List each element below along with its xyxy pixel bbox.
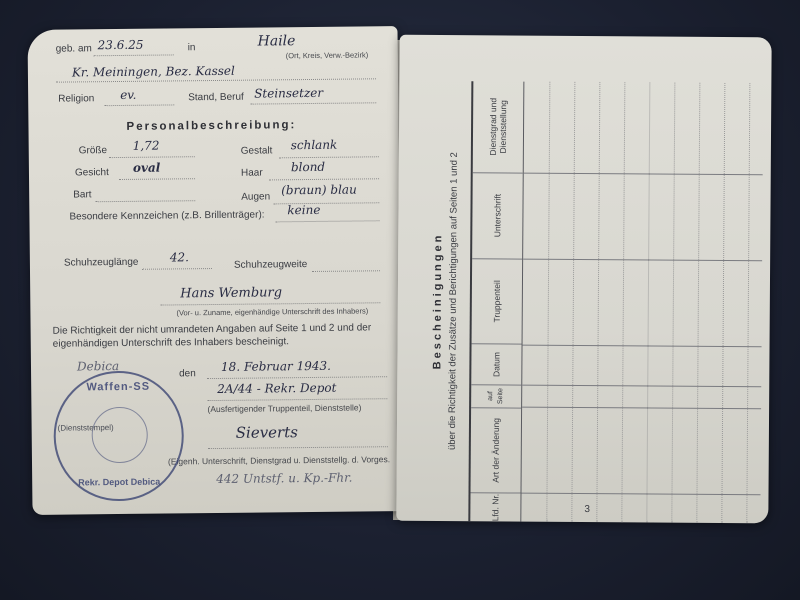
eyes-value: (braun) blau: [281, 183, 357, 198]
dotted-line: [142, 268, 212, 270]
face-value: oval: [133, 161, 160, 175]
dotted-line: [279, 156, 379, 158]
build-value: schlank: [291, 138, 338, 152]
certification-text: Die Richtigkeit der nicht umrandeten Ang…: [53, 321, 393, 351]
dotted-line: [119, 178, 195, 180]
row-line: [721, 83, 725, 523]
build-label: Gestalt: [241, 145, 273, 156]
stamp-bottom-text: Rekr. Depot Debica: [56, 476, 182, 487]
birth-district: Kr. Meiningen, Bez. Kassel: [72, 64, 235, 80]
table-title: Bescheinigungen: [430, 81, 445, 521]
right-page: Bescheinigungen über die Richtigkeit der…: [396, 35, 771, 524]
beard-label: Bart: [73, 189, 91, 200]
dotted-line: [104, 104, 174, 106]
occupation-label: Stand, Beruf: [188, 92, 244, 104]
issuing-unit: 2A/44 - Rekr. Depot: [217, 381, 336, 396]
column-divider: [523, 259, 762, 262]
pencil-note: 442 Untstf. u. Kp.-Fhr.: [216, 471, 352, 486]
dotted-line: [207, 376, 387, 379]
dotted-line: [109, 156, 195, 158]
certifications-table: Bescheinigungen über die Richtigkeit der…: [430, 81, 763, 523]
column-header: Truppenteil: [472, 258, 523, 344]
official-stamp: Waffen-SS (Dienststempel) Rekr. Depot De…: [53, 370, 184, 501]
dotted-line: [208, 446, 388, 449]
occupation-value: Steinsetzer: [254, 86, 323, 101]
shoe-length-label: Schuhzeuglänge: [64, 257, 139, 269]
row-line: [696, 83, 700, 523]
born-label: geb. am: [56, 43, 92, 54]
column-header: Dienstgrad und Dienststellung: [473, 81, 524, 172]
hair-label: Haar: [241, 167, 263, 178]
left-page: geb. am 23.6.25 in Haile (Ort, Kreis, Ve…: [27, 26, 402, 515]
shoe-width-label: Schuhzeugweite: [234, 259, 308, 271]
dotted-line: [250, 102, 376, 104]
column-header: auf Seite: [471, 384, 521, 407]
holder-signature-caption: (Vor- u. Zuname, eigenhändige Unterschri…: [176, 306, 368, 317]
in-label: in: [188, 42, 196, 53]
dotted-line: [312, 270, 380, 272]
holder-signature: Hans Wemburg: [180, 285, 282, 301]
dotted-line: [94, 54, 174, 56]
row-line: [546, 82, 550, 522]
row-line: [571, 82, 575, 522]
face-label: Gesicht: [75, 167, 109, 178]
special-marks-value: keine: [287, 203, 320, 217]
column-header: Art der Änderung: [471, 407, 522, 493]
row-line: [596, 82, 600, 522]
religion-value: ev.: [120, 88, 136, 102]
row-line: [646, 82, 650, 522]
issue-date: 18. Februar 1943.: [221, 359, 331, 374]
column-header: Lfd. Nr.: [470, 493, 520, 522]
row-line: [671, 83, 675, 523]
column-divider: [522, 407, 761, 410]
column-divider: [524, 173, 763, 176]
special-marks-label: Besondere Kennzeichen (z.B. Brillenträge…: [69, 209, 264, 222]
page-number: 3: [584, 504, 590, 515]
table-subtitle: über die Richtigkeit der Zusätze und Ber…: [446, 81, 460, 521]
row-line: [621, 82, 625, 522]
dotted-line: [95, 200, 195, 202]
birth-place: Haile: [258, 33, 296, 49]
column-divider: [522, 493, 761, 496]
table-grid: Lfd. Nr. Art der Änderung auf Seite Datu…: [468, 81, 763, 523]
officer-signature: Sieverts: [236, 423, 298, 442]
shoe-length-value: 42.: [170, 250, 189, 264]
height-value: 1,72: [133, 139, 160, 153]
dotted-line: [269, 178, 379, 180]
stamp-label: (Dienststempel): [58, 423, 114, 433]
religion-label: Religion: [58, 93, 94, 104]
place-hint: (Ort, Kreis, Verw.-Bezirk): [286, 50, 369, 60]
dotted-line: [207, 398, 387, 401]
height-label: Größe: [79, 145, 107, 156]
den-label: den: [179, 368, 196, 379]
row-line: [746, 83, 750, 523]
birth-date: 23.6.25: [98, 38, 144, 52]
hair-value: blond: [291, 160, 325, 174]
dotted-line: [160, 302, 380, 305]
column-header: Unterschrift: [472, 172, 523, 258]
eyes-label: Augen: [241, 191, 270, 202]
column-divider: [522, 385, 761, 388]
issuing-unit-caption: (Ausfertigender Truppenteil, Dienststell…: [207, 402, 361, 414]
table-header-row: Lfd. Nr. Art der Änderung auf Seite Datu…: [470, 81, 524, 521]
officer-caption: (Eigenh. Unterschrift, Dienstgrad u. Die…: [168, 454, 390, 466]
table-body: [521, 82, 763, 524]
dotted-line: [275, 220, 379, 222]
column-divider: [523, 345, 762, 348]
stamp-emblem-placeholder: [91, 407, 148, 464]
column-header: Datum: [471, 344, 521, 385]
section-heading: Personalbeschreibung:: [126, 119, 296, 133]
stamp-top-text: Waffen-SS: [55, 380, 181, 393]
